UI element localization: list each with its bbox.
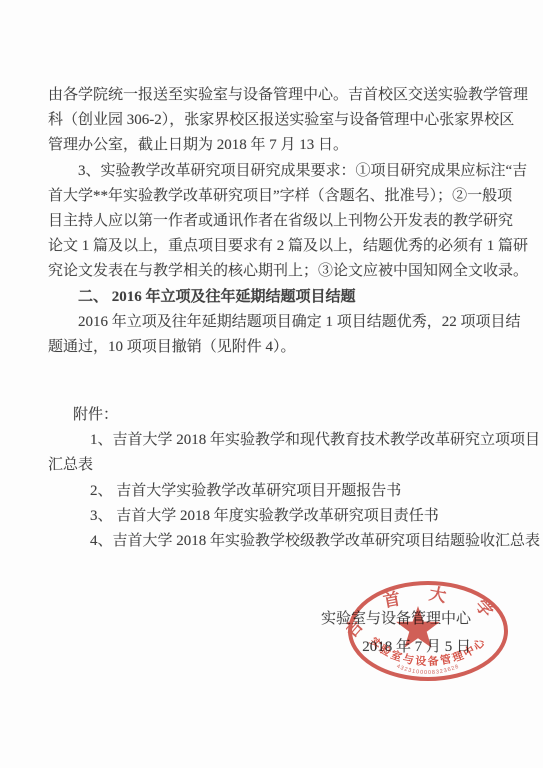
paragraph-line: 题通过，10 项项目撤销（见附件 4）。 [48,335,510,360]
paragraph-line: 科（创业园 306-2），张家界校区报送实验室与设备管理中心张家界校区 [48,108,510,133]
paragraph-line: 2016 年立项及往年延期结题项目确定 1 项目结题优秀，22 项项目结 [78,310,510,335]
attachments-block: 附件： 1、吉首大学 2018 年实验教学和现代教育技术教学改革研究立项项目 汇… [48,403,510,554]
section-heading: 二、 2016 年立项及往年延期结题项目结题 [78,285,510,310]
attachment-item: 4、吉首大学 2018 年实验教学校级教学改革研究项目结题验收汇总表 [90,529,510,554]
document-page: 由各学院统一报送至实验室与设备管理中心。吉首校区交送实验教学管理 科（创业园 3… [0,0,543,768]
paragraph-line: 论文 1 篇及以上，重点项目要求有 2 篇及以上，结题优秀的必须有 1 篇研 [48,234,510,259]
seal-university-name: 吉首大学 [346,583,510,641]
paragraph-line: 究论文发表在与教学相关的核心期刊上；③论文应被中国知网全文收录。 [48,259,510,284]
attachment-item: 1、吉首大学 2018 年实验教学和现代教育技术教学改革研究立项项目 [90,428,510,453]
body-text-block: 由各学院统一报送至实验室与设备管理中心。吉首校区交送实验教学管理 科（创业园 3… [48,83,510,360]
seal-star-icon [396,606,440,648]
attachment-item: 2、 吉首大学实验教学改革研究项目开题报告书 [90,479,510,504]
official-seal: 吉首大学 实验室与设备管理中心 4323100008323628 [346,579,510,683]
attachment-item: 3、 吉首大学 2018 年度实验教学改革研究项目责任书 [90,504,510,529]
paragraph-line: 由各学院统一报送至实验室与设备管理中心。吉首校区交送实验教学管理 [48,83,510,108]
paragraph-line: 首大学**年实验教学改革研究项目”字样（含题名、批准号）；②一般项 [48,184,510,209]
paragraph-line: 管理办公室，截止日期为 2018 年 7 月 13 日。 [48,133,510,158]
paragraph-line: 3、实验教学改革研究项目研究成果要求：①项目研究成果应标注“吉 [78,159,510,184]
attachments-label: 附件： [73,403,510,428]
attachment-item-wrap: 汇总表 [48,453,510,478]
paragraph-line: 目主持人应以第一作者或通讯作者在省级以上刊物公开发表的教学研究 [48,209,510,234]
